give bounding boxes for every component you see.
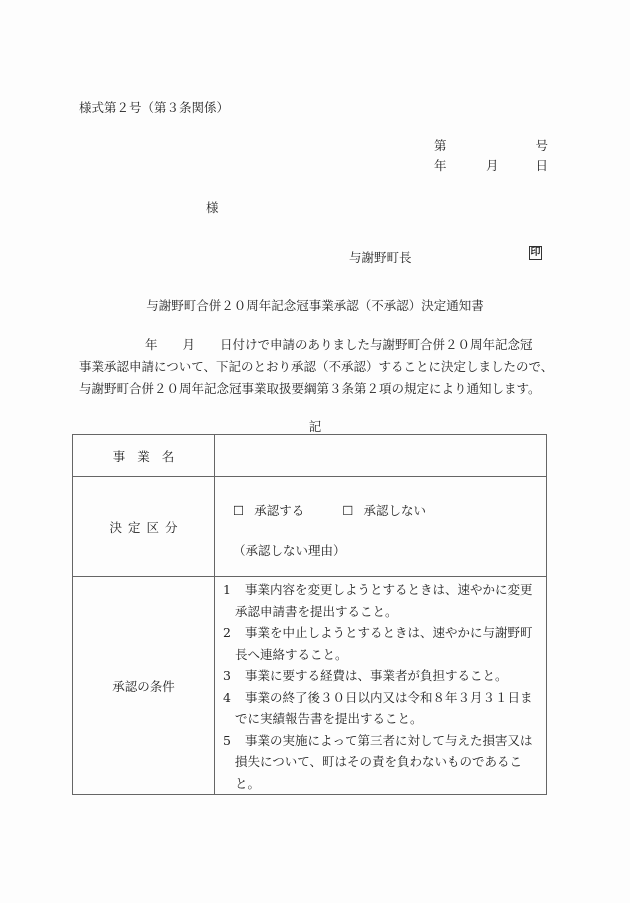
ki-heading: 記: [0, 417, 630, 435]
option-label: 承認しない: [363, 503, 426, 518]
conditions-label: 承認の条件: [73, 577, 215, 795]
addressee-suffix: 様: [206, 198, 219, 216]
table-row-decision: 決定区分 ☐承認する ☐承認しない （承認しない理由）: [73, 477, 547, 577]
checkbox-icon[interactable]: ☐: [342, 503, 353, 518]
body-line: 年 月 日付けで申請のありました与謝野町合併２０周年記念冠: [79, 334, 551, 356]
form-number: 様式第２号（第３条関係）: [79, 98, 229, 116]
date-day: 日: [535, 156, 548, 174]
body-text: 年 月 日付けで申請のありました与謝野町合併２０周年記念冠 事業承認申請について…: [79, 334, 551, 400]
decision-table: 事業名 決定区分 ☐承認する ☐承認しない （承認しない理由） 承認の条件: [72, 434, 547, 795]
issuer-name: 与謝野町長: [349, 248, 412, 266]
option-label: 承認する: [254, 503, 304, 518]
date-month: 月: [486, 156, 499, 174]
date-year: 年: [434, 156, 447, 174]
condition-item: 3事業に要する経費は、事業者が負担すること。: [223, 665, 546, 687]
condition-item: 5事業の実施によって第三者に対して与えた損害又は 損失について、町はその責を負わ…: [223, 730, 546, 795]
number-suffix: 号: [535, 136, 548, 154]
checkbox-icon[interactable]: ☐: [233, 503, 244, 518]
number-prefix: 第: [434, 136, 447, 154]
decision-label: 決定区分: [103, 520, 183, 535]
document-title: 与謝野町合併２０周年記念冠事業承認（不承認）決定通知書: [0, 296, 630, 314]
decision-cell: ☐承認する ☐承認しない （承認しない理由）: [215, 477, 546, 576]
condition-item: 4事業の終了後３０日以内又は令和８年３月３１日ま でに実績報告書を提出すること。: [223, 687, 546, 730]
conditions-list: 1事業内容を変更しようとするときは、速やかに変更 承認申請書を提出すること。 2…: [215, 577, 546, 794]
rejection-reason-label: （承認しない理由）: [233, 541, 346, 559]
body-line: 事業承認申請について、下記のとおり承認（不承認）することに決定しましたので、: [79, 356, 551, 378]
project-name-label: 事業名: [101, 449, 187, 464]
condition-item: 1事業内容を変更しようとするときは、速やかに変更 承認申請書を提出すること。: [223, 579, 546, 622]
decision-options: ☐承認する ☐承認しない: [233, 501, 460, 519]
table-row-conditions: 承認の条件 1事業内容を変更しようとするときは、速やかに変更 承認申請書を提出す…: [73, 577, 547, 795]
seal-icon: 印: [529, 246, 542, 260]
body-line: 与謝野町合併２０周年記念冠事業取扱要綱第３条第２項の規定により通知します。: [79, 378, 551, 400]
condition-item: 2事業を中止しようとするときは、速やかに与謝野町 長へ連絡すること。: [223, 622, 546, 665]
project-name-field[interactable]: [215, 435, 547, 477]
option-reject[interactable]: ☐承認しない: [342, 501, 426, 519]
table-row-project-name: 事業名: [73, 435, 547, 477]
option-approve[interactable]: ☐承認する: [233, 501, 304, 519]
